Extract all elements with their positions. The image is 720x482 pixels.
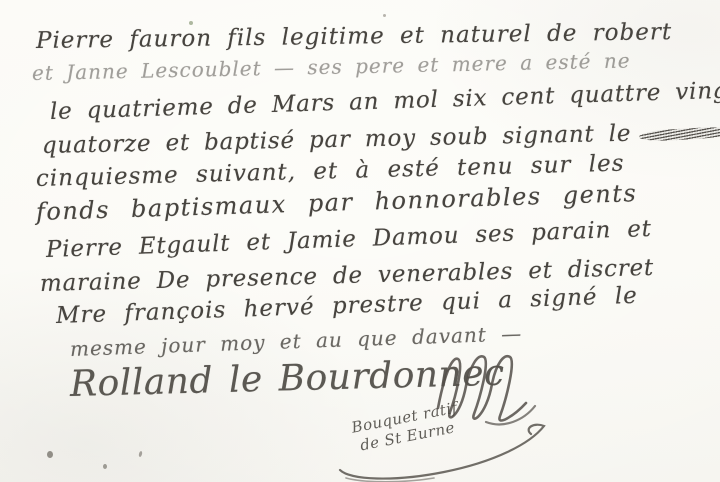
note-underline-flourish-icon [334, 420, 554, 482]
manuscript-line-3: le quatrieme de Mars an mol six cent qua… [50, 77, 720, 125]
crossed-out-word [638, 125, 720, 141]
manuscript-line-2: et Janne Lescoublet — ses pere et mere a… [32, 48, 631, 85]
ink-speck [47, 451, 53, 458]
ink-speck [103, 464, 107, 469]
ink-speck [189, 21, 193, 25]
manuscript-page: Pierre fauron fils legitime et naturel d… [0, 0, 720, 482]
ink-speck [138, 451, 142, 458]
ink-speck [383, 14, 386, 17]
manuscript-line-7: Pierre Etgault et Jamie Damou ses parain… [46, 216, 653, 263]
